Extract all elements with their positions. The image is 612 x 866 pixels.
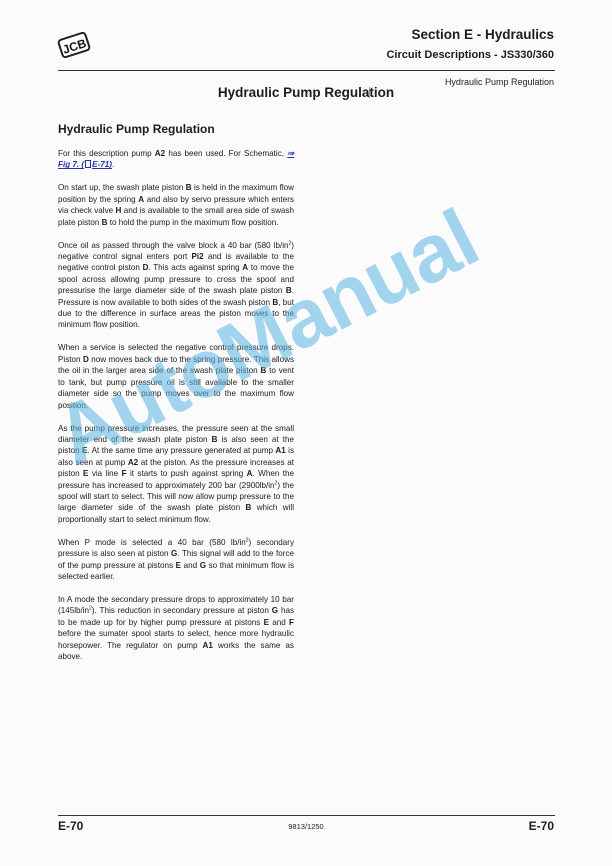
page-number-right: E-70 (529, 819, 554, 833)
paragraph-7: In A mode the secondary pressure drops t… (58, 594, 294, 662)
paragraph-6: When P mode is selected a 40 bar (580 lb… (58, 537, 294, 583)
body-content: Hydraulic Pump Regulation For this descr… (58, 122, 294, 674)
document-number: 9813/1250 (0, 822, 612, 831)
section-heading: Hydraulic Pump Regulation (58, 122, 294, 136)
header-divider (58, 70, 555, 71)
paragraph-1: For this description pump A2 has been us… (58, 148, 294, 171)
page-title: Hydraulic Pump Regulation (0, 85, 612, 100)
page-icon (85, 160, 91, 168)
footer-divider (58, 815, 555, 816)
section-subtitle: Circuit Descriptions - JS330/360 (386, 49, 554, 61)
paragraph-4: When a service is selected the negative … (58, 342, 294, 410)
section-title: Section E - Hydraulics (411, 27, 554, 42)
paragraph-2: On start up, the swash plate piston B is… (58, 182, 294, 228)
paragraph-5: As the pump pressure increases, the pres… (58, 423, 294, 526)
paragraph-3: Once oil as passed through the valve blo… (58, 240, 294, 331)
jcb-logo: JCB (57, 30, 91, 60)
